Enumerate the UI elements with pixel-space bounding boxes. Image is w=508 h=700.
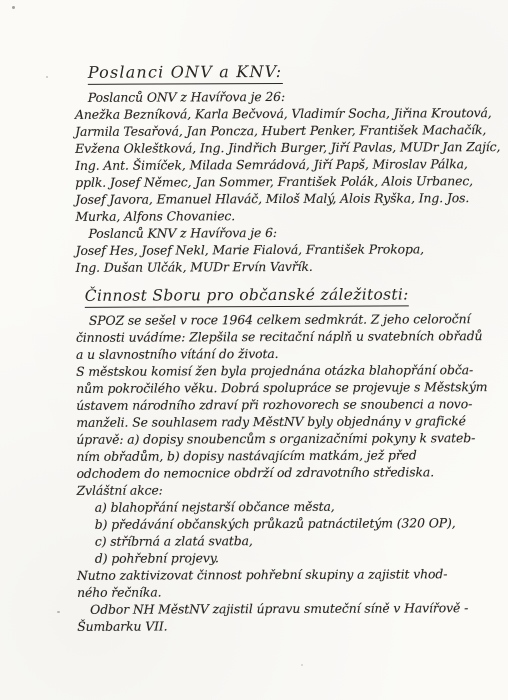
handwritten-line: ústavem národního zdraví při rozhovorech…: [76, 395, 478, 414]
heading-poslanci: Poslanci ONV a KNV:: [88, 61, 477, 82]
handwritten-line: Anežka Bezníková, Karla Bečvová, Vladimí…: [75, 104, 477, 123]
handwritten-line: Ing. Ant. Šimíček, Milada Semrádová, Jiř…: [75, 155, 477, 174]
handwritten-list-item: b) předávání občanských průkazů patnácti…: [95, 514, 479, 533]
handwritten-line: odchodem do nemocnice obdrží od zdravotn…: [77, 463, 479, 482]
handwritten-list-item: a) blahopřání nejstarší občance města,: [95, 497, 479, 516]
heading-cinnost: Činnost Sboru pro občanské záležitosti:: [85, 285, 478, 305]
heading-underline-text: Poslanci ONV a KNV:: [88, 62, 283, 85]
scan-speck: [57, 611, 60, 613]
heading-underline-text: Činnost Sboru pro občanské záležitosti:: [85, 285, 409, 307]
handwritten-list-item: c) stříbrná a zlatá svatba,: [95, 531, 479, 550]
handwritten-line: Nutno zaktivizovat činnost pohřební skup…: [77, 565, 479, 584]
scan-speck: [301, 664, 303, 666]
handwritten-line: úpravě: a) dopisy snoubencům s organizač…: [76, 429, 478, 448]
document-page: Poslanci ONV a KNV: Poslanců ONV z Havíř…: [0, 0, 508, 700]
section-cinnost-spoz: Činnost Sboru pro občanské záležitosti: …: [76, 285, 480, 635]
handwritten-line: Šumbarku VII.: [77, 616, 479, 635]
handwritten-line: Ing. Dušan Ulčák, MUDr Ervín Vavřík.: [76, 257, 478, 276]
handwritten-line: Zvláštní akce:: [77, 480, 479, 499]
handwritten-line: Poslanců ONV z Havířova je 26:: [88, 87, 477, 106]
handwritten-line: SPOZ se sešel v roce 1964 celkem sedmkrá…: [89, 310, 478, 329]
handwritten-line: Murka, Alfons Chovaniec.: [75, 206, 477, 225]
handwritten-line: pplk. Josef Němec, Jan Sommer, František…: [75, 172, 477, 191]
handwritten-line: Josef Hes, Josef Nekl, Marie Fialová, Fr…: [76, 240, 478, 259]
page-content: Poslanci ONV a KNV: Poslanců ONV z Havíř…: [75, 61, 479, 635]
handwritten-line: a u slavnostního vítání do života.: [76, 344, 478, 363]
handwritten-line: manželi. Se souhlasem rady MěstNV byly o…: [76, 412, 478, 431]
handwritten-line: Josef Javora, Emanuel Hlaváč, Miloš Malý…: [75, 189, 477, 208]
handwritten-list-item: d) pohřební projevy.: [95, 548, 479, 567]
handwritten-line: Poslanců KNV z Havířova je 6:: [88, 223, 477, 242]
handwritten-line: S městskou komisí žen byla projednána ot…: [76, 361, 478, 380]
scan-speck: [12, 6, 15, 9]
handwritten-line: Odbor NH MěstNV zajistil úpravu smuteční…: [90, 599, 479, 618]
handwritten-line: Evžena Okleštková, Ing. Jindřich Burger,…: [75, 138, 477, 157]
handwritten-line: činnosti uvádíme: Zlepšila se recitační …: [76, 327, 478, 346]
section-poslanci: Poslanci ONV a KNV: Poslanců ONV z Havíř…: [75, 61, 478, 276]
handwritten-line: Jarmila Tesařová, Jan Poncza, Hubert Pen…: [75, 121, 477, 140]
handwritten-line: ného řečníka.: [77, 582, 479, 601]
scan-speck: [46, 76, 48, 78]
handwritten-line: nům pokročilého věku. Dobrá spolupráce s…: [76, 378, 478, 397]
handwritten-line: ním obřadům, b) dopisy nastávajícím matk…: [76, 446, 478, 465]
